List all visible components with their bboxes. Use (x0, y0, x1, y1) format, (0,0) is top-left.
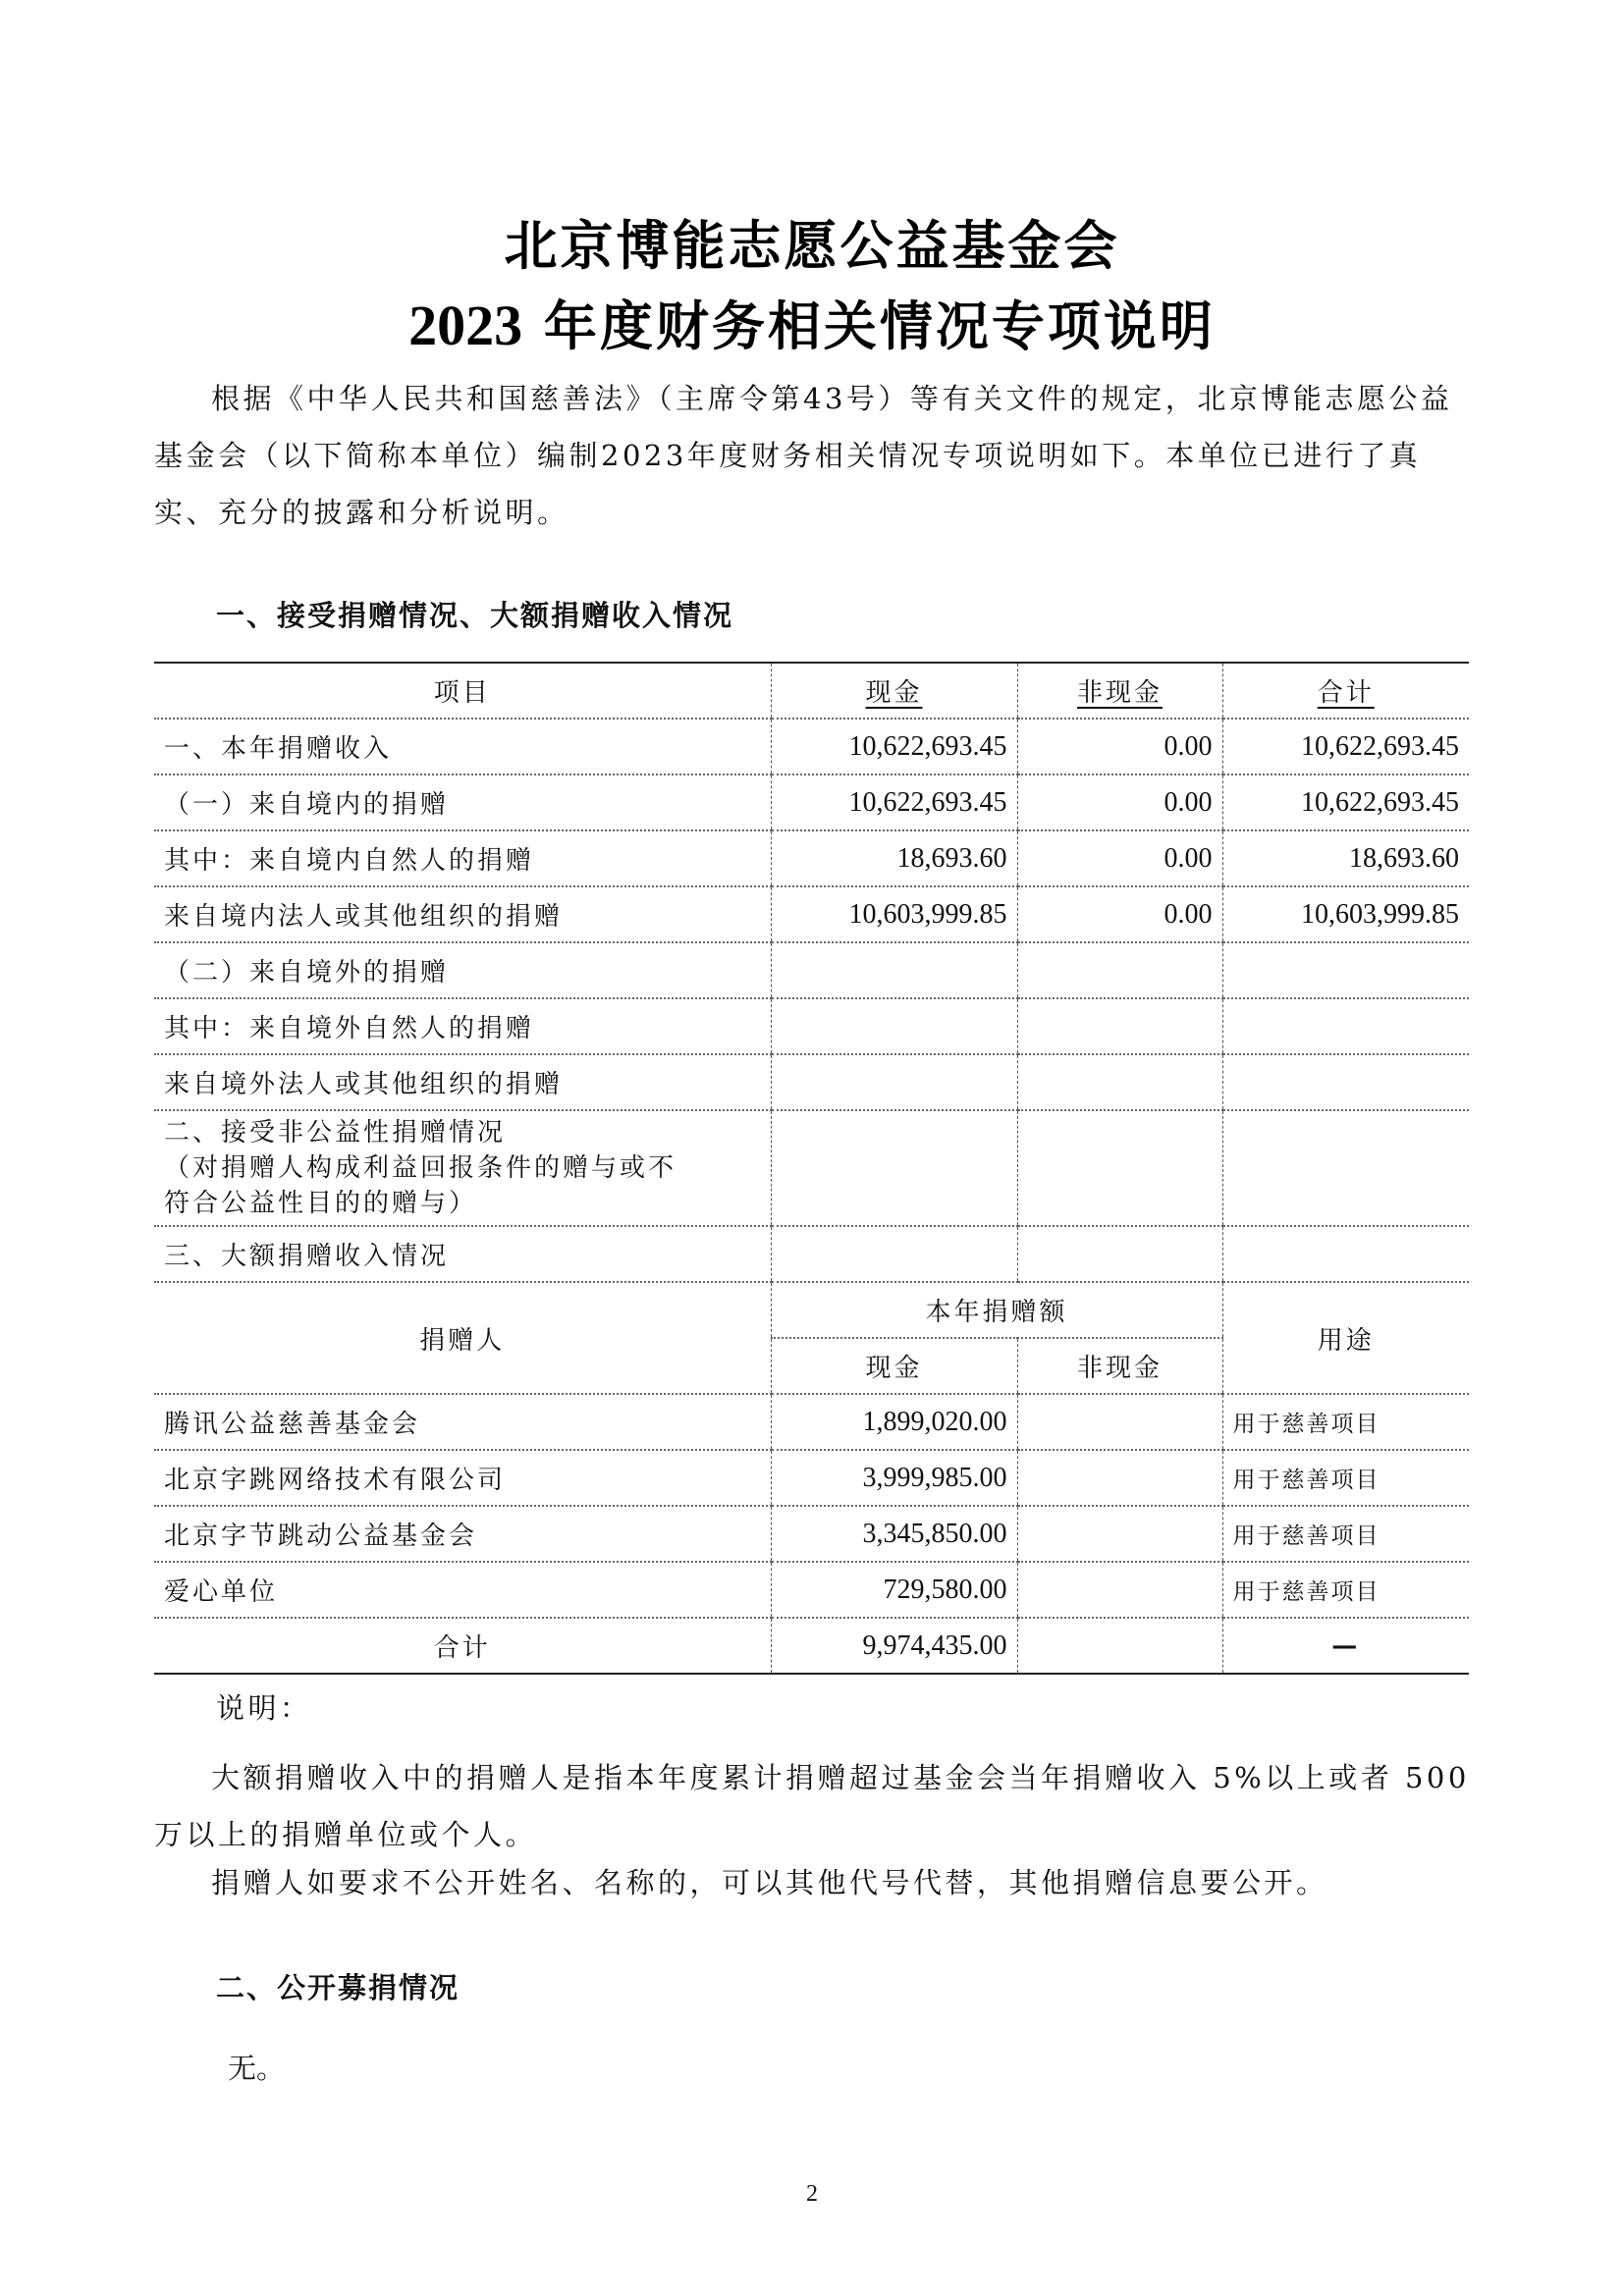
row-noncash (1017, 942, 1222, 998)
row-cash (771, 1054, 1017, 1110)
row-item-line: 二、接受非公益性捐赠情况 (164, 1115, 761, 1150)
donor-purpose: 用于慈善项目 (1222, 1450, 1469, 1506)
row-cash (771, 1226, 1017, 1282)
table-row: 来自境外法人或其他组织的捐赠 (154, 1054, 1469, 1110)
donation-table: 项目 现金 非现金 合计 一、本年捐赠收入 10,622,693.45 0.00… (154, 662, 1469, 1675)
donor-cash: 3,345,850.00 (771, 1506, 1017, 1562)
row-total (1222, 1226, 1469, 1282)
row-total (1222, 942, 1469, 998)
donor-noncash (1017, 1394, 1222, 1450)
row-noncash: 0.00 (1017, 719, 1222, 774)
total-purpose: — (1222, 1618, 1469, 1674)
donor-purpose: 用于慈善项目 (1222, 1562, 1469, 1618)
page-number: 2 (0, 2181, 1624, 2208)
row-item-multiline: 二、接受非公益性捐赠情况 （对捐赠人构成利益回报条件的赠与或不 符合公益性目的的… (154, 1110, 771, 1226)
document-subtitle: 2023 年度财务相关情况专项说明 (0, 285, 1624, 360)
subtitle-text: 年度财务相关情况专项说明 (522, 295, 1216, 357)
row-item: 其中：来自境内自然人的捐赠 (154, 830, 771, 886)
public-fundraising-body: 无。 (228, 2047, 285, 2087)
row-total: 18,693.60 (1222, 830, 1469, 886)
donor-header-row: 捐赠人 本年捐赠额 用途 (154, 1282, 1469, 1338)
row-noncash: 0.00 (1017, 774, 1222, 830)
notes-label: 说明： (216, 1686, 1532, 1727)
row-item-line: （对捐赠人构成利益回报条件的赠与或不 (164, 1150, 761, 1186)
row-total: 10,622,693.45 (1222, 774, 1469, 830)
donor-row: 北京字跳网络技术有限公司 3,999,985.00 用于慈善项目 (154, 1450, 1469, 1506)
row-cash (771, 1110, 1017, 1226)
row-item: 一、本年捐赠收入 (154, 719, 771, 774)
header-donor-cash: 现金 (771, 1338, 1017, 1394)
row-cash: 18,693.60 (771, 830, 1017, 886)
donor-name: 北京字节跳动公益基金会 (154, 1506, 771, 1562)
donor-cash: 1,899,020.00 (771, 1394, 1017, 1450)
row-item-line: 符合公益性目的的赠与） (164, 1186, 761, 1221)
table-row: 其中：来自境外自然人的捐赠 (154, 998, 1469, 1054)
table-header-row: 项目 现金 非现金 合计 (154, 663, 1469, 719)
table-row: 一、本年捐赠收入 10,622,693.45 0.00 10,622,693.4… (154, 719, 1469, 774)
section-heading-public-fundraising: 二、公开募捐情况 (216, 1966, 460, 2006)
total-label: 合计 (154, 1618, 771, 1674)
row-total (1222, 1054, 1469, 1110)
table-row: 其中：来自境内自然人的捐赠 18,693.60 0.00 18,693.60 (154, 830, 1469, 886)
donor-name: 爱心单位 (154, 1562, 771, 1618)
header-total: 合计 (1222, 663, 1469, 719)
intro-paragraph: 根据《中华人民共和国慈善法》（主席令第43号）等有关文件的规定，北京博能志愿公益… (154, 370, 1470, 541)
row-total: 10,603,999.85 (1222, 886, 1469, 942)
donor-row: 腾讯公益慈善基金会 1,899,020.00 用于慈善项目 (154, 1394, 1469, 1450)
notes-paragraph-1: 大额捐赠收入中的捐赠人是指本年度累计捐赠超过基金会当年捐赠收入 5%以上或者 5… (154, 1749, 1470, 1863)
donor-noncash (1017, 1506, 1222, 1562)
row-item: 来自境内法人或其他组织的捐赠 (154, 886, 771, 942)
row-cash (771, 942, 1017, 998)
header-cash: 现金 (771, 663, 1017, 719)
row-total (1222, 998, 1469, 1054)
row-noncash (1017, 1054, 1222, 1110)
donor-purpose: 用于慈善项目 (1222, 1394, 1469, 1450)
table-row: 二、接受非公益性捐赠情况 （对捐赠人构成利益回报条件的赠与或不 符合公益性目的的… (154, 1110, 1469, 1226)
total-noncash (1017, 1618, 1222, 1674)
subtitle-year: 2023 (408, 294, 522, 357)
total-cash: 9,974,435.00 (771, 1618, 1017, 1674)
header-donor-noncash: 非现金 (1017, 1338, 1222, 1394)
row-item: 其中：来自境外自然人的捐赠 (154, 998, 771, 1054)
donor-noncash (1017, 1562, 1222, 1618)
row-cash: 10,622,693.45 (771, 774, 1017, 830)
row-total (1222, 1110, 1469, 1226)
row-noncash: 0.00 (1017, 830, 1222, 886)
donor-row: 爱心单位 729,580.00 用于慈善项目 (154, 1562, 1469, 1618)
donor-name: 腾讯公益慈善基金会 (154, 1394, 771, 1450)
row-cash: 10,603,999.85 (771, 886, 1017, 942)
total-row: 合计 9,974,435.00 — (154, 1618, 1469, 1674)
row-cash: 10,622,693.45 (771, 719, 1017, 774)
header-donor: 捐赠人 (154, 1282, 771, 1394)
row-noncash: 0.00 (1017, 886, 1222, 942)
table-row: 三、大额捐赠收入情况 (154, 1226, 1469, 1282)
table-row: （二）来自境外的捐赠 (154, 942, 1469, 998)
row-item: 三、大额捐赠收入情况 (154, 1226, 771, 1282)
table-row: 来自境内法人或其他组织的捐赠 10,603,999.85 0.00 10,603… (154, 886, 1469, 942)
donor-name: 北京字跳网络技术有限公司 (154, 1450, 771, 1506)
header-item: 项目 (154, 663, 771, 719)
donor-purpose: 用于慈善项目 (1222, 1506, 1469, 1562)
header-purpose: 用途 (1222, 1282, 1469, 1394)
row-noncash (1017, 1110, 1222, 1226)
row-total: 10,622,693.45 (1222, 719, 1469, 774)
donor-cash: 3,999,985.00 (771, 1450, 1017, 1506)
row-item: （一）来自境内的捐赠 (154, 774, 771, 830)
section-heading-donations: 一、接受捐赠情况、大额捐赠收入情况 (216, 594, 733, 634)
row-noncash (1017, 1226, 1222, 1282)
donor-noncash (1017, 1450, 1222, 1506)
table-row: （一）来自境内的捐赠 10,622,693.45 0.00 10,622,693… (154, 774, 1469, 830)
header-noncash: 非现金 (1017, 663, 1222, 719)
document-title: 北京博能志愿公益基金会 (0, 204, 1624, 280)
donor-cash: 729,580.00 (771, 1562, 1017, 1618)
notes-paragraph-2: 捐赠人如要求不公开姓名、名称的，可以其他代号代替，其他捐赠信息要公开。 (154, 1861, 1470, 1901)
row-cash (771, 998, 1017, 1054)
donor-row: 北京字节跳动公益基金会 3,345,850.00 用于慈善项目 (154, 1506, 1469, 1562)
row-noncash (1017, 998, 1222, 1054)
row-item: （二）来自境外的捐赠 (154, 942, 771, 998)
header-amount-group: 本年捐赠额 (771, 1282, 1222, 1338)
row-item: 来自境外法人或其他组织的捐赠 (154, 1054, 771, 1110)
